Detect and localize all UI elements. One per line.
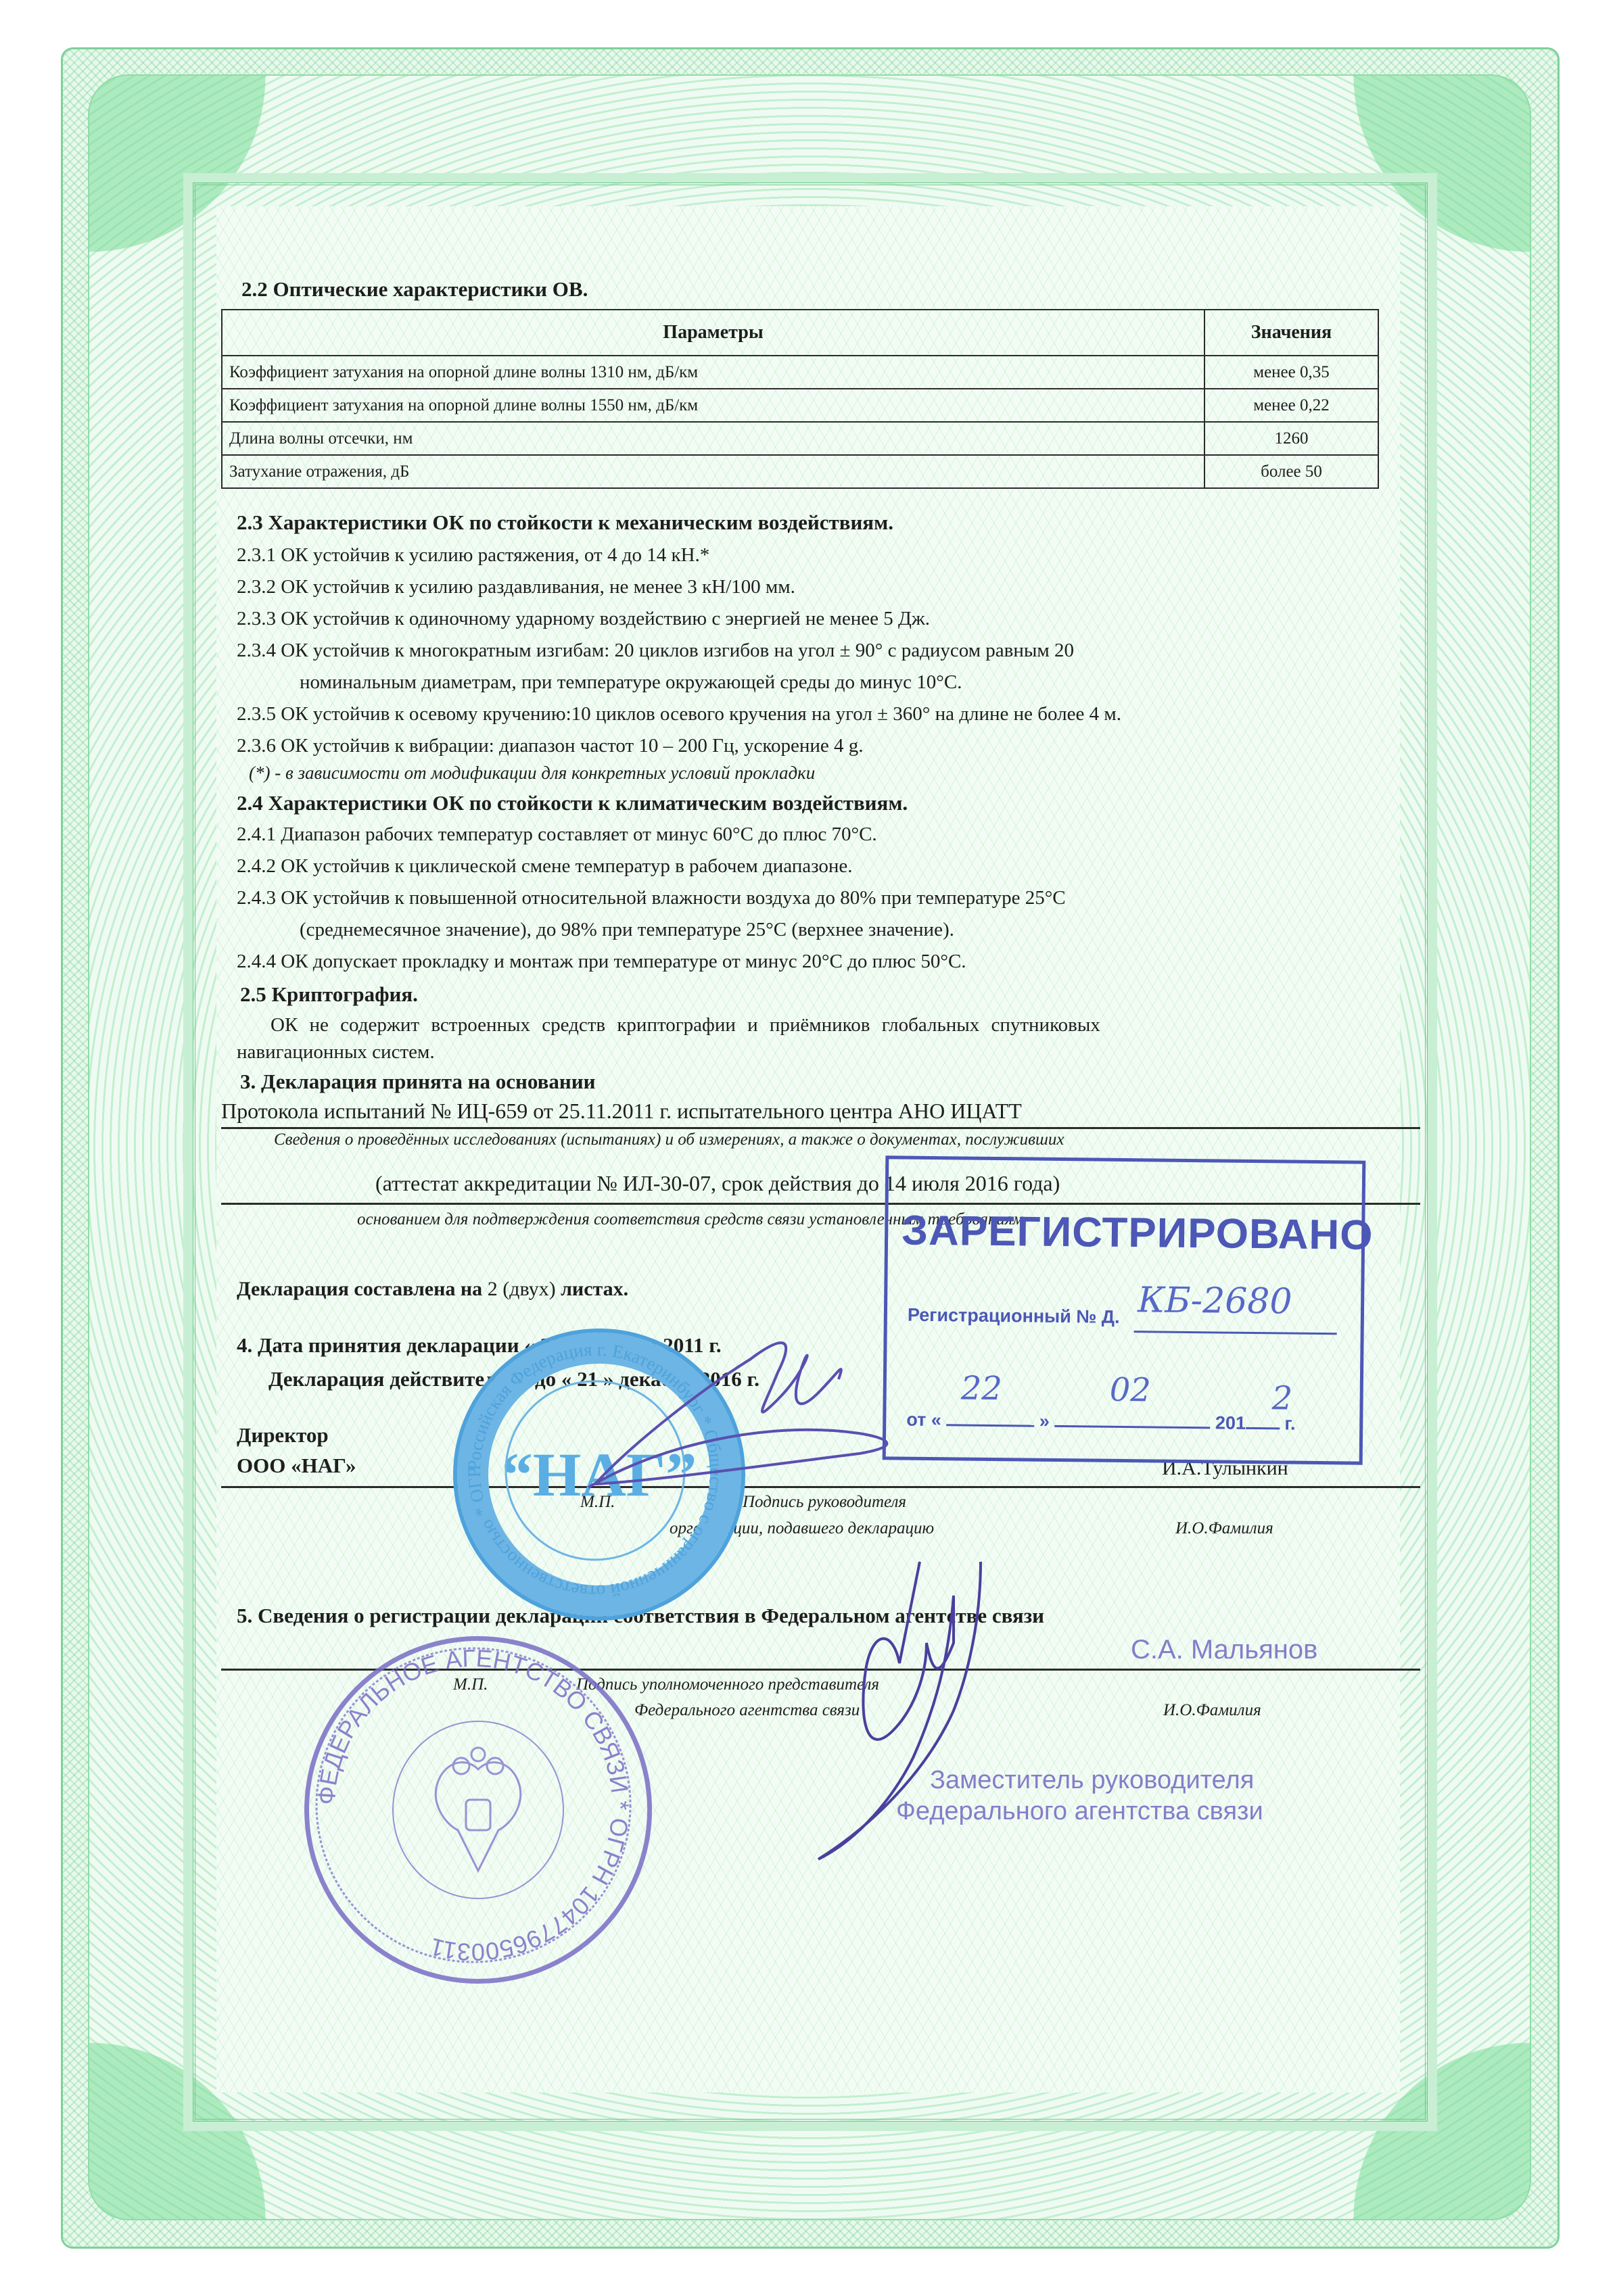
month-field bbox=[1054, 1425, 1210, 1429]
value-cell: более 50 bbox=[1204, 455, 1378, 488]
list-item-continuation: (среднемесячное значение), до 98% при те… bbox=[300, 919, 954, 941]
value-cell: менее 0,22 bbox=[1204, 389, 1378, 422]
list-item: 2.3.1 ОК устойчив к усилию растяжения, о… bbox=[237, 544, 709, 567]
name-caption: И.О.Фамилия bbox=[1175, 1519, 1273, 1538]
crypto-text: ОК не содержит встроенных средств крипто… bbox=[271, 1014, 1100, 1036]
param-cell: Коэффициент затухания на опорной длине в… bbox=[222, 356, 1204, 389]
column-header-values: Значения bbox=[1204, 310, 1378, 356]
divider bbox=[221, 1127, 1420, 1129]
column-header-parameters: Параметры bbox=[222, 310, 1204, 356]
table-header-row: Параметры Значения bbox=[222, 310, 1378, 356]
list-item: 2.3.2 ОК устойчив к усилию раздавливания… bbox=[237, 576, 795, 598]
list-item: 2.4.4 ОК допускает прокладку и монтаж пр… bbox=[237, 951, 966, 973]
section-2-3-heading: 2.3 Характеристики ОК по стойкости к мех… bbox=[237, 510, 893, 535]
table-row: Коэффициент затухания на опорной длине в… bbox=[222, 389, 1378, 422]
section-2-2-heading: 2.2 Оптические характеристики ОВ. bbox=[241, 277, 588, 302]
sheets-count: 2 (двух) bbox=[488, 1278, 556, 1300]
handwritten-year-digit: 2 bbox=[1271, 1379, 1292, 1417]
list-item: 2.3.6 ОК устойчив к вибрации: диапазон ч… bbox=[237, 735, 864, 757]
section-2-4-heading: 2.4 Характеристики ОК по стойкости к кли… bbox=[237, 791, 908, 815]
year-prefix: 201 bbox=[1215, 1412, 1246, 1433]
list-item: 2.3.5 ОК устойчив к осевому кручению:10 … bbox=[237, 703, 1121, 725]
param-cell: Длина волны отсечки, нм bbox=[222, 422, 1204, 455]
registration-stamp: ЗАРЕГИСТРИРОВАНО Регистрационный № Д. КБ… bbox=[883, 1155, 1366, 1464]
crypto-text-continuation: навигационных систем. bbox=[237, 1041, 435, 1063]
list-item: 2.4.3 ОК устойчив к повышенной относител… bbox=[237, 887, 1066, 909]
signatory-org: ООО «НАГ» bbox=[237, 1454, 356, 1478]
table-row: Затухание отражения, дБ более 50 bbox=[222, 455, 1378, 488]
list-item: 2.4.2 ОК устойчив к циклической смене те… bbox=[237, 855, 853, 878]
sheets-note-suffix: листах. bbox=[556, 1278, 629, 1300]
table-row: Коэффициент затухания на опорной длине в… bbox=[222, 356, 1378, 389]
list-item: 2.3.3 ОК устойчив к одиночному ударному … bbox=[237, 608, 930, 630]
test-protocol: Протокола испытаний № ИЦ-659 от 25.11.20… bbox=[221, 1099, 1022, 1124]
agency-seal: ФЕДЕРАЛЬНОЕ АГЕНТСТВО СВЯЗИ * ОГРН 10477… bbox=[304, 1636, 652, 1984]
registration-stamp-title: ЗАРЕГИСТРИРОВАНО bbox=[902, 1207, 1374, 1260]
registration-number-underline bbox=[1134, 1331, 1337, 1335]
name-stamp: С.А. Мальянов bbox=[1131, 1635, 1317, 1665]
section-2-5-heading: 2.5 Криптография. bbox=[240, 982, 418, 1007]
handwritten-day: 22 bbox=[960, 1369, 1002, 1408]
value-cell: 1260 bbox=[1204, 422, 1378, 455]
handwritten-month: 02 bbox=[1109, 1371, 1151, 1410]
sheets-note: Декларация составлена на 2 (двух) листах… bbox=[237, 1278, 628, 1301]
list-item: 2.3.4 ОК устойчив к многократным изгибам… bbox=[237, 640, 1074, 662]
value-cell: менее 0,35 bbox=[1204, 356, 1378, 389]
agency-seal-ring-icon: ФЕДЕРАЛЬНОЕ АГЕНТСТВО СВЯЗИ * ОГРН 10477… bbox=[304, 1636, 642, 1974]
registration-date: от « » 201 г. bbox=[906, 1410, 1296, 1435]
signatory-title: Директор bbox=[237, 1423, 329, 1448]
day-field bbox=[946, 1424, 1034, 1427]
table-row: Длина волны отсечки, нм 1260 bbox=[222, 422, 1378, 455]
agency-signature-icon bbox=[778, 1555, 1062, 1866]
svg-text:ФЕДЕРАЛЬНОЕ АГЕНТСТВО СВЯЗИ *: ФЕДЕРАЛЬНОЕ АГЕНТСТВО СВЯЗИ * ОГРН 10477… bbox=[312, 1644, 634, 1966]
list-item-continuation: номинальным диаметрам, при температуре о… bbox=[300, 671, 962, 694]
signature-caption: Подпись руководителя bbox=[743, 1493, 906, 1512]
sheets-note-prefix: Декларация составлена на bbox=[237, 1278, 488, 1300]
name-caption: И.О.Фамилия bbox=[1163, 1701, 1261, 1720]
registration-number-label: Регистрационный № Д. bbox=[908, 1305, 1120, 1328]
date-mid: » bbox=[1039, 1411, 1050, 1431]
section-3-heading: 3. Декларация принята на основании bbox=[240, 1070, 595, 1094]
protocol-caption: Сведения о проведённых исследованиях (ис… bbox=[274, 1130, 1064, 1149]
list-item: 2.4.1 Диапазон рабочих температур состав… bbox=[237, 823, 877, 846]
optical-characteristics-table: Параметры Значения Коэффициент затухания… bbox=[221, 309, 1379, 489]
registration-number-value: КБ-2680 bbox=[1138, 1280, 1292, 1322]
year-field bbox=[1246, 1427, 1280, 1430]
director-signature-icon bbox=[575, 1318, 927, 1494]
footnote: (*) - в зависимости от модификации для к… bbox=[249, 763, 815, 784]
param-cell: Коэффициент затухания на опорной длине в… bbox=[222, 389, 1204, 422]
param-cell: Затухание отражения, дБ bbox=[222, 455, 1204, 488]
